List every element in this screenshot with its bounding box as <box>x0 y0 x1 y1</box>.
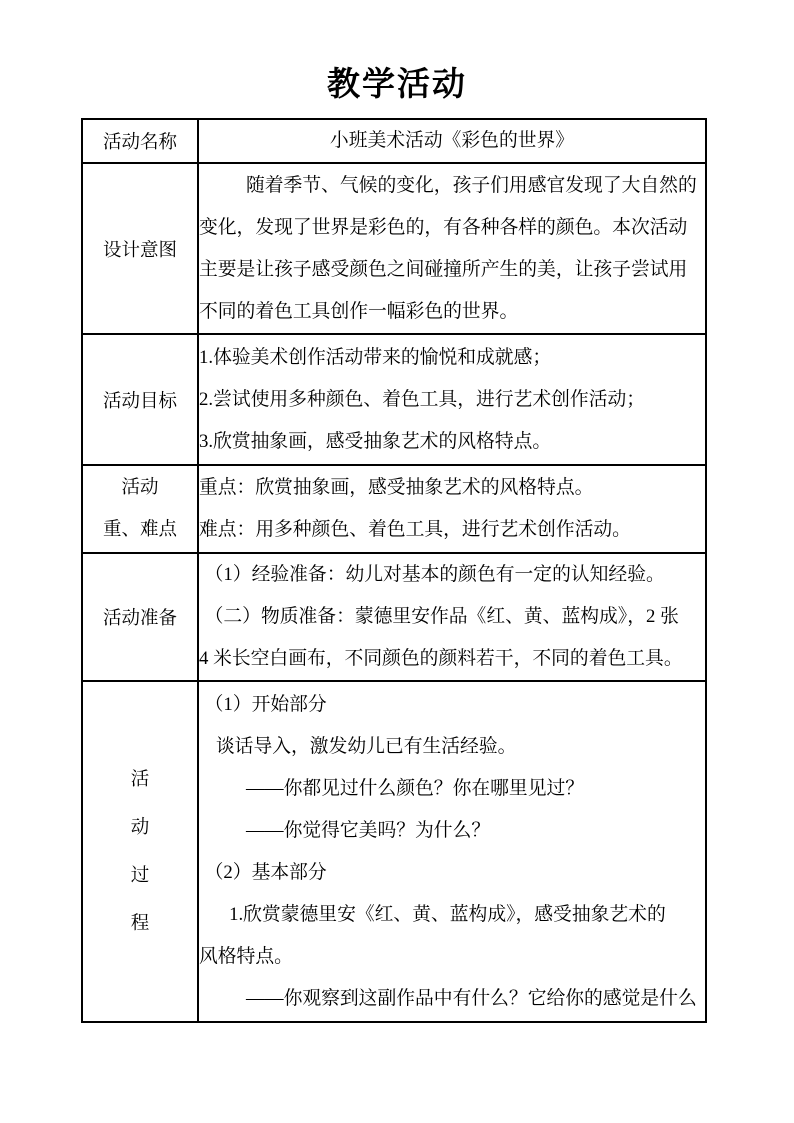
text-line: 变化，发现了世界是彩色的，有各种各样的颜色。本次活动 <box>199 207 705 249</box>
text-line: 难点：用多种颜色、着色工具，进行艺术创作活动。 <box>199 509 705 551</box>
activity-name-value: 小班美术活动《彩色的世界》 <box>198 119 706 163</box>
key-difficult-points-content: 重点：欣赏抽象画，感受抽象艺术的风格特点。 难点：用多种颜色、着色工具，进行艺术… <box>198 465 706 553</box>
text-line: ——你都见过什么颜色？你在哪里见过？ <box>199 768 705 810</box>
table-row-activity-name: 活动名称 小班美术活动《彩色的世界》 <box>82 119 706 163</box>
activity-process-content: （1）开始部分 谈话导入，激发幼儿已有生活经验。 ——你都见过什么颜色？你在哪里… <box>198 681 706 1022</box>
page-title: 教学活动 <box>0 0 794 106</box>
label-char: 活 <box>83 756 197 804</box>
table-row-design-intent: 设计意图 随着季节、气候的变化，孩子们用感官发现了大自然的 变化，发现了世界是彩… <box>82 163 706 334</box>
label-char: 过 <box>83 852 197 900</box>
table-row-activity-goals: 活动目标 1.体验美术创作活动带来的愉悦和成就感； 2.尝试使用多种颜色、着色工… <box>82 334 706 465</box>
label-line: 活动 <box>83 467 197 509</box>
row-label-key-difficult-points: 活动 重、难点 <box>82 465 198 553</box>
activity-goals-content: 1.体验美术创作活动带来的愉悦和成就感； 2.尝试使用多种颜色、着色工具，进行艺… <box>198 334 706 465</box>
row-label-activity-preparation: 活动准备 <box>82 553 198 681</box>
text-line: （二）物质准备：蒙德里安作品《红、黄、蓝构成》，2 张 <box>199 596 705 638</box>
text-line: 谈话导入，激发幼儿已有生活经验。 <box>199 726 705 768</box>
label-line: 重、难点 <box>83 509 197 551</box>
design-intent-content: 随着季节、气候的变化，孩子们用感官发现了大自然的 变化，发现了世界是彩色的，有各… <box>198 163 706 334</box>
text-line: 1.欣赏蒙德里安《红、黄、蓝构成》，感受抽象艺术的 <box>199 894 705 936</box>
text-line: ——你觉得它美吗？为什么？ <box>199 810 705 852</box>
table-row-activity-preparation: 活动准备 （1）经验准备：幼儿对基本的颜色有一定的认知经验。 （二）物质准备：蒙… <box>82 553 706 681</box>
lesson-plan-table: 活动名称 小班美术活动《彩色的世界》 设计意图 随着季节、气候的变化，孩子们用感… <box>81 118 707 1023</box>
row-label-activity-name: 活动名称 <box>82 119 198 163</box>
row-label-activity-goals: 活动目标 <box>82 334 198 465</box>
row-label-design-intent: 设计意图 <box>82 163 198 334</box>
text-line: 2.尝试使用多种颜色、着色工具，进行艺术创作活动； <box>199 379 705 421</box>
row-label-activity-process: 活 动 过 程 <box>82 681 198 1022</box>
text-line: 3.欣赏抽象画，感受抽象艺术的风格特点。 <box>199 421 705 463</box>
text-line: （1）经验准备：幼儿对基本的颜色有一定的认知经验。 <box>199 554 705 596</box>
table-row-activity-process: 活 动 过 程 （1）开始部分 谈话导入，激发幼儿已有生活经验。 ——你都见过什… <box>82 681 706 1022</box>
label-char: 程 <box>83 900 197 948</box>
label-char: 动 <box>83 804 197 852</box>
text-line: 小班美术活动《彩色的世界》 <box>199 120 705 162</box>
text-line: 重点：欣赏抽象画，感受抽象艺术的风格特点。 <box>199 467 705 509</box>
text-line: 随着季节、气候的变化，孩子们用感官发现了大自然的 <box>199 165 705 207</box>
table-row-key-difficult-points: 活动 重、难点 重点：欣赏抽象画，感受抽象艺术的风格特点。 难点：用多种颜色、着… <box>82 465 706 553</box>
text-line: ——你观察到这副作品中有什么？它给你的感觉是什么 <box>199 978 705 1020</box>
text-line: 风格特点。 <box>199 936 705 978</box>
text-line: （1）开始部分 <box>199 684 705 726</box>
text-line: （2）基本部分 <box>199 852 705 894</box>
text-line: 主要是让孩子感受颜色之间碰撞所产生的美，让孩子尝试用 <box>199 249 705 291</box>
text-line: 1.体验美术创作活动带来的愉悦和成就感； <box>199 337 705 379</box>
text-line: 不同的着色工具创作一幅彩色的世界。 <box>199 291 705 333</box>
document-page: 教学活动 活动名称 小班美术活动《彩色的世界》 设计意图 随着季节、气候的变化，… <box>0 0 794 1123</box>
text-line: 4 米长空白画布，不同颜色的颜料若干，不同的着色工具。 <box>199 638 705 680</box>
activity-preparation-content: （1）经验准备：幼儿对基本的颜色有一定的认知经验。 （二）物质准备：蒙德里安作品… <box>198 553 706 681</box>
